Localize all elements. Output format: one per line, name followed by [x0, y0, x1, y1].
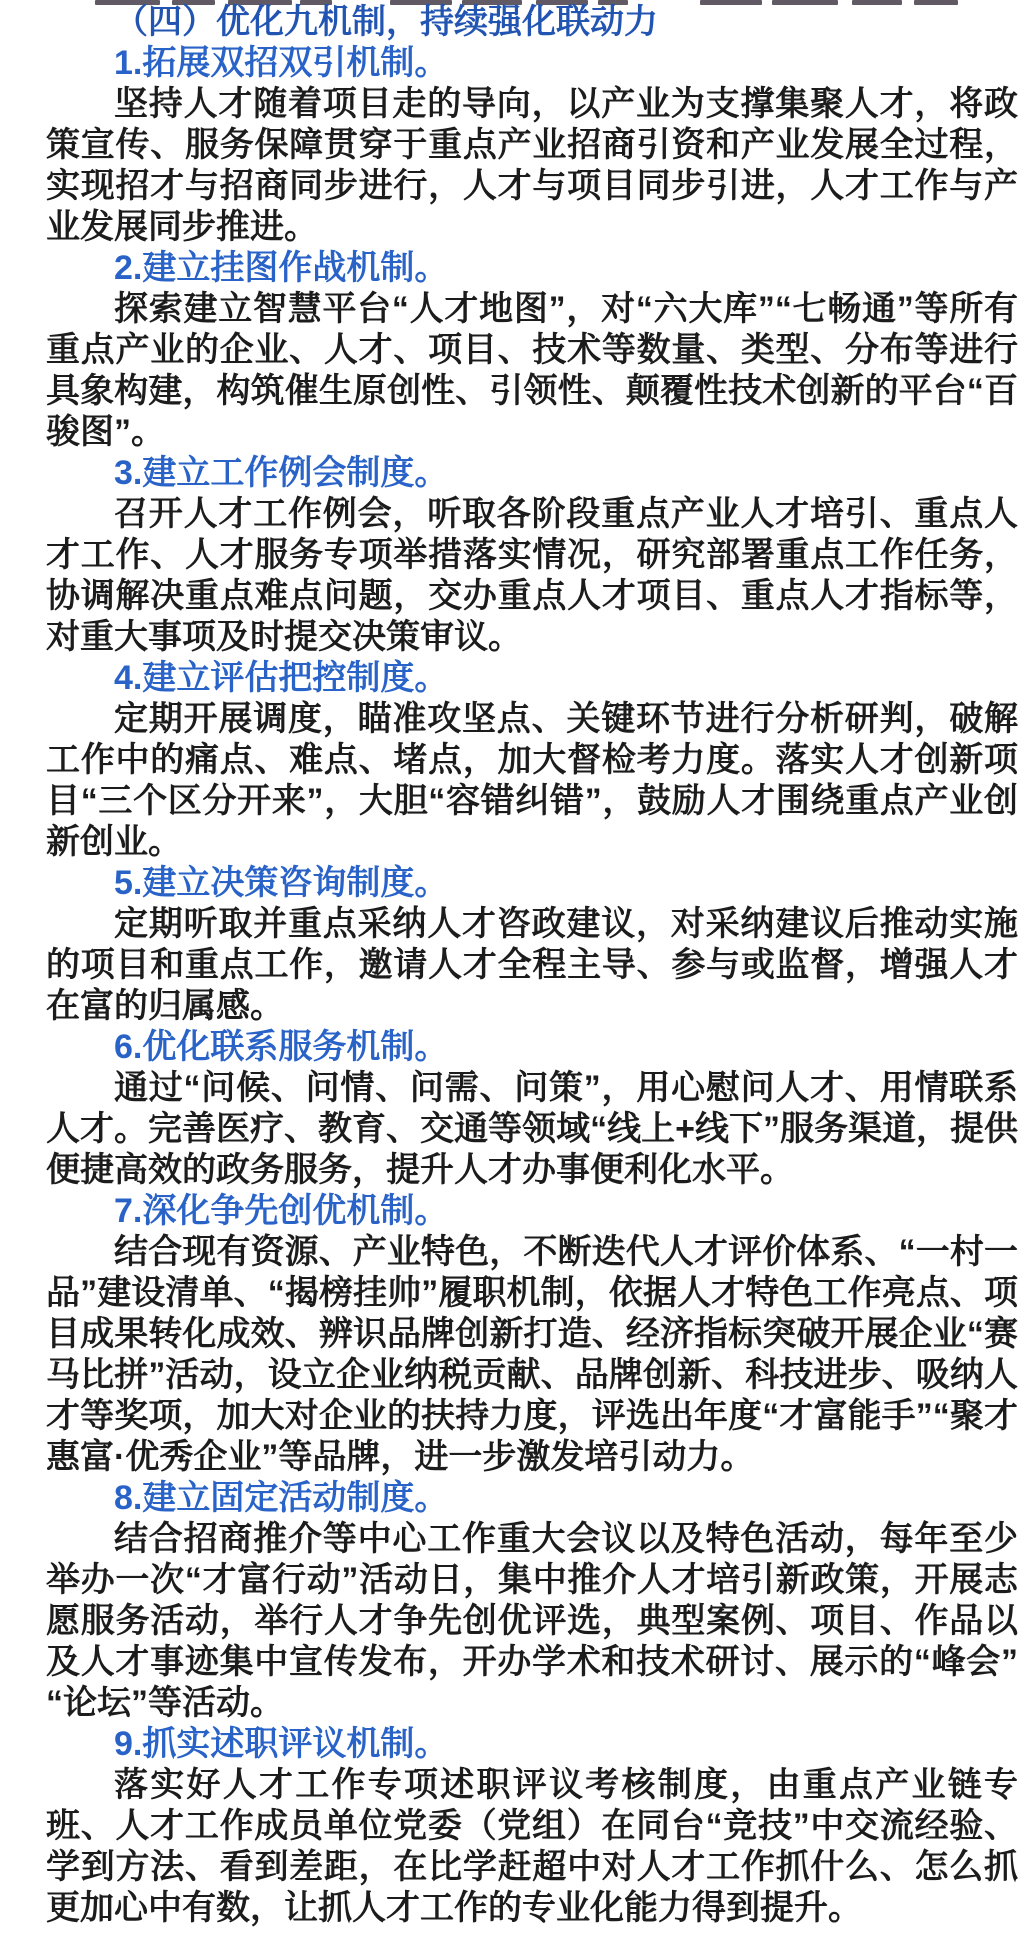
subsection-heading-3: 3.建立工作例会制度。 [46, 453, 1018, 494]
subsection-heading-5: 5.建立决策咨询制度。 [46, 863, 1018, 904]
subsection-heading-1: 1.拓展双招双引机制。 [46, 43, 1018, 84]
subsection-heading-2: 2.建立挂图作战机制。 [46, 248, 1018, 289]
subsection-paragraph-5: 定期听取并重点采纳人才咨政建议，对采纳建议后推动实施的项目和重点工作，邀请人才全… [46, 904, 1018, 1027]
subsection-heading-6: 6.优化联系服务机制。 [46, 1027, 1018, 1068]
subsection-paragraph-3: 召开人才工作例会，听取各阶段重点产业人才培引、重点人才工作、人才服务专项举措落实… [46, 494, 1018, 658]
subsection-paragraph-2: 探索建立智慧平台“人才地图”，对“六大库”“七畅通”等所有重点产业的企业、人才、… [46, 289, 1018, 453]
document-page: （四）优化九机制，持续强化联动力 1.拓展双招双引机制。 坚持人才随着项目走的导… [0, 0, 1024, 1944]
subsection-paragraph-6: 通过“问候、问情、问需、问策”，用心慰问人才、用情联系人才。完善医疗、教育、交通… [46, 1068, 1018, 1191]
subsection-paragraph-4: 定期开展调度，瞄准攻坚点、关键环节进行分析研判，破解工作中的痛点、难点、堵点，加… [46, 699, 1018, 863]
section-title: （四）优化九机制，持续强化联动力 [46, 2, 1018, 43]
subsection-heading-9: 9.抓实述职评议机制。 [46, 1724, 1018, 1765]
document-content: （四）优化九机制，持续强化联动力 1.拓展双招双引机制。 坚持人才随着项目走的导… [46, 2, 1018, 1929]
subsection-paragraph-9: 落实好人才工作专项述职评议考核制度，由重点产业链专班、人才工作成员单位党委（党组… [46, 1765, 1018, 1929]
subsection-heading-8: 8.建立固定活动制度。 [46, 1478, 1018, 1519]
subsection-paragraph-7: 结合现有资源、产业特色，不断迭代人才评价体系、“一村一品”建设清单、“揭榜挂帅”… [46, 1232, 1018, 1478]
subsection-paragraph-1: 坚持人才随着项目走的导向，以产业为支撑集聚人才，将政策宣传、服务保障贯穿于重点产… [46, 84, 1018, 248]
subsection-paragraph-8: 结合招商推介等中心工作重大会议以及特色活动，每年至少举办一次“才富行动”活动日，… [46, 1519, 1018, 1724]
subsection-heading-7: 7.深化争先创优机制。 [46, 1191, 1018, 1232]
subsection-heading-4: 4.建立评估把控制度。 [46, 658, 1018, 699]
